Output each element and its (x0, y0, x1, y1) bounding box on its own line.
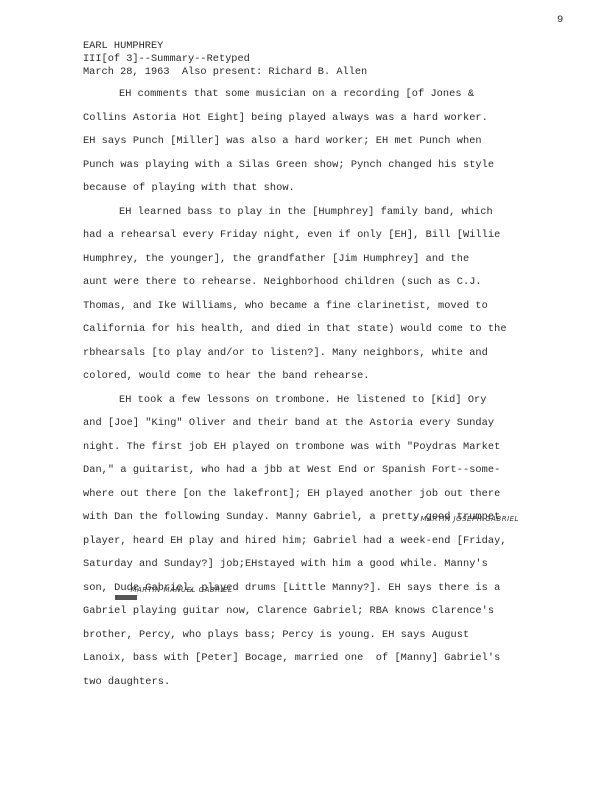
text-line: aunt were there to rehearse. Neighborhoo… (83, 276, 482, 288)
text-line: and [Joe] "King" Oliver and their band a… (83, 417, 494, 429)
text-line: EH comments that some musician on a reco… (83, 88, 474, 100)
handwritten-annotation-son: MARTIN MANUEL GABRIEL (125, 578, 232, 594)
text-line: where out there [on the lakefront]; EH p… (83, 488, 500, 500)
interviewee-name: EARL HUMPHREY (83, 40, 367, 53)
text-line: Dan," a guitarist, who had a jbb at West… (83, 464, 500, 476)
text-line: brother, Percy, who plays bass; Percy is… (83, 629, 469, 641)
text-line: EH says Punch [Miller] was also a hard w… (83, 135, 482, 147)
document-header: EARL HUMPHREY III[of 3]--Summary--Retype… (83, 40, 367, 78)
handwritten-annotation-manny: ➚ MARTIN JOSEPH GABRIEL (406, 507, 519, 523)
page-number: 9 (557, 14, 563, 26)
date-line: March 28, 1963 Also present: Richard B. … (83, 66, 367, 79)
reel-info: III[of 3]--Summary--Retyped (83, 53, 367, 66)
text-line: California for his health, and died in t… (83, 323, 507, 335)
text-line: night. The first job EH played on trombo… (83, 441, 500, 453)
text-line: Gabriel playing guitar now, Clarence Gab… (83, 605, 494, 617)
text-line: Collins Astoria Hot Eight] being played … (83, 112, 488, 124)
text-line: EH took a few lessons on trombone. He li… (83, 394, 487, 406)
text-line: Saturday and Sunday?] job;EHstayed with … (83, 558, 488, 570)
text-line: player, heard EH play and hired him; Gab… (83, 535, 507, 547)
text-line: Humphrey, the younger], the grandfather … (83, 253, 469, 265)
arrow-icon: ➚ (411, 515, 420, 523)
text-line: rbhearsals [to play and/or to listen?]. … (83, 347, 488, 359)
text-line: had a rehearsal every Friday night, even… (83, 229, 500, 241)
text-line: two daughters. (83, 676, 170, 688)
strikethrough-mark (115, 595, 137, 600)
text-line: Lanoix, bass with [Peter] Bocage, marrie… (83, 652, 500, 664)
text-line: because of playing with that show. (83, 182, 295, 194)
text-line: colored, would come to hear the band reh… (83, 370, 370, 382)
text-line: Thomas, and Ike Williams, who became a f… (83, 300, 488, 312)
text-line: Punch was playing with a Silas Green sho… (83, 159, 494, 171)
text-line: EH learned bass to play in the [Humphrey… (83, 206, 493, 218)
